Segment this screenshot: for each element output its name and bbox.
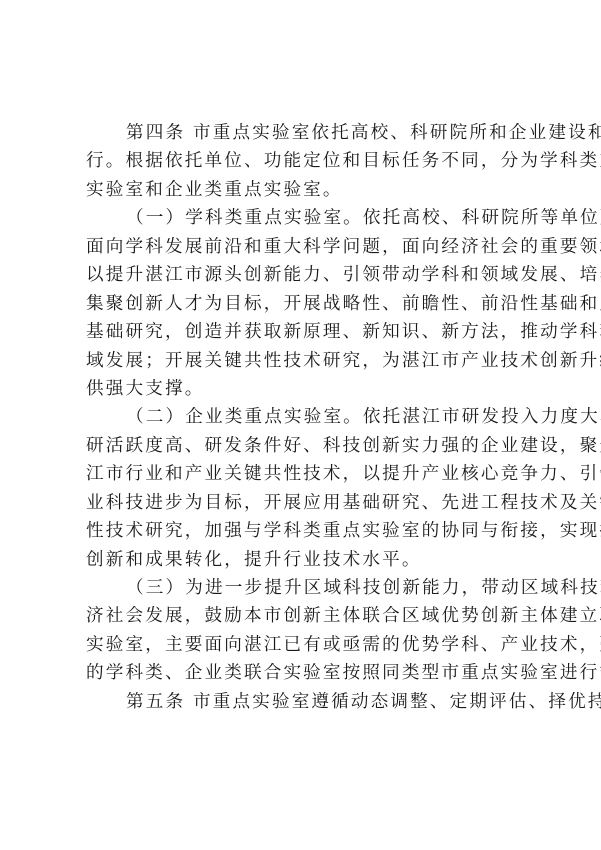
text-line: 集聚创新人才为目标，开展战略性、前瞻性、前沿性基础和应用 [86,290,526,318]
paragraph-item-2: （二）企业类重点实验室。依托湛江市研发投入力度大、科 研活跃度高、研发条件好、科… [86,403,526,574]
document-body: 第四条 市重点实验室依托高校、科研院所和企业建设和运 行。根据依托单位、功能定位… [86,119,526,716]
document-page: 第四条 市重点实验室依托高校、科研院所和企业建设和运 行。根据依托单位、功能定位… [0,0,601,850]
paragraph-article-4: 第四条 市重点实验室依托高校、科研院所和企业建设和运 行。根据依托单位、功能定位… [86,119,526,204]
text-line: 面向学科发展前沿和重大科学问题，面向经济社会的重要领域， [86,233,526,261]
text-line: （三）为进一步提升区域科技创新能力，带动区域科技和经 [86,574,526,602]
text-line: 域发展；开展关键共性技术研究，为湛江市产业技术创新升级提 [86,347,526,375]
text-line: 创新和成果转化，提升行业技术水平。 [86,546,526,574]
text-line: 实验室，主要面向湛江已有或亟需的优势学科、产业技术，建设 [86,631,526,659]
text-line: 的学科类、企业类联合实验室按照同类型市重点实验室进行管理。 [86,659,526,687]
text-line: 第五条 市重点实验室遵循动态调整、定期评估、择优持续 [86,688,526,716]
text-line: （一）学科类重点实验室。依托高校、科研院所等单位建设， [86,204,526,232]
text-line: 业科技进步为目标，开展应用基础研究、先进工程技术及关键共 [86,489,526,517]
text-line: 研活跃度高、研发条件好、科技创新实力强的企业建设，聚焦湛 [86,432,526,460]
paragraph-item-3: （三）为进一步提升区域科技创新能力，带动区域科技和经 济社会发展，鼓励本市创新主… [86,574,526,688]
text-line: 以提升湛江市源头创新能力、引领带动学科和领域发展、培养和 [86,261,526,289]
text-line: （二）企业类重点实验室。依托湛江市研发投入力度大、科 [86,403,526,431]
paragraph-article-5: 第五条 市重点实验室遵循动态调整、定期评估、择优持续 [86,688,526,716]
text-line: 第四条 市重点实验室依托高校、科研院所和企业建设和运 [86,119,526,147]
text-line: 基础研究，创造并获取新原理、新知识、新方法，推动学科和领 [86,318,526,346]
text-line: 实验室和企业类重点实验室。 [86,176,526,204]
paragraph-item-1: （一）学科类重点实验室。依托高校、科研院所等单位建设， 面向学科发展前沿和重大科… [86,204,526,403]
text-line: 济社会发展，鼓励本市创新主体联合区域优势创新主体建立联合 [86,602,526,630]
text-line: 性技术研究，加强与学科类重点实验室的协同与衔接，实现技术 [86,517,526,545]
text-line: 行。根据依托单位、功能定位和目标任务不同，分为学科类重点 [86,147,526,175]
text-line: 供强大支撑。 [86,375,526,403]
text-line: 江市行业和产业关键共性技术，以提升产业核心竞争力、引领行 [86,460,526,488]
